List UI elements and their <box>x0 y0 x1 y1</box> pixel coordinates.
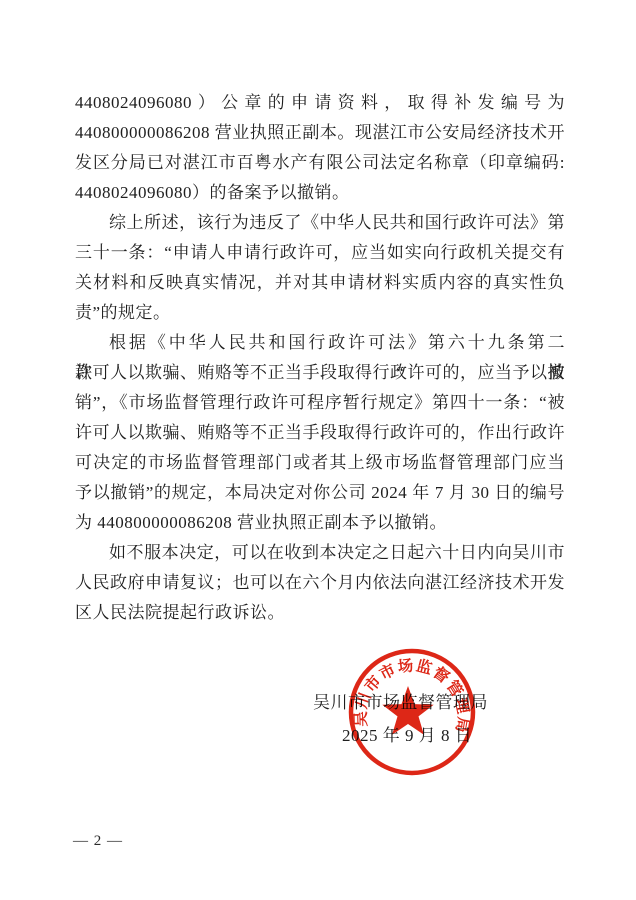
text-line: 为 440800000086208 营业执照正副本予以撤销。 <box>75 508 565 538</box>
text-line: 4408024096080）的备案予以撤销。 <box>75 178 565 208</box>
text-line: 4408024096080）公章的申请资料，取得补发编号为 <box>75 88 565 118</box>
text-line: 发区分局已对湛江市百粤水产有限公司法定名称章（印章编码: <box>75 148 565 178</box>
official-seal: 吴川市市场监督管理局 <box>342 642 482 782</box>
text-line: 责”的规定。 <box>75 298 565 328</box>
text-line: 根据《中华人民共和国行政许可法》第六十九条第二款：“被 <box>75 328 565 358</box>
text-line: 关材料和反映真实情况，并对其申请材料实质内容的真实性负 <box>75 268 565 298</box>
paragraph-revocation-of-seal-record: 4408024096080）公章的申请资料，取得补发编号为 4408000000… <box>75 88 565 208</box>
text-line: 如不服本决定，可以在收到本决定之日起六十日内向吴川市 <box>75 538 565 568</box>
text-line: 予以撤销”的规定，本局决定对你公司 2024 年 7 月 30 日的编号 <box>75 478 565 508</box>
text-line: 许可人以欺骗、贿赂等不正当手段取得行政许可的，作出行政许 <box>75 418 565 448</box>
text-line: 综上所述，该行为违反了《中华人民共和国行政许可法》第 <box>75 208 565 238</box>
text-line: 许可人以欺骗、贿赂等不正当手段取得行政许可的，应当予以撤 <box>75 358 565 388</box>
text-line: 区人民法院提起行政诉讼。 <box>75 598 565 628</box>
document-page: 4408024096080）公章的申请资料，取得补发编号为 4408000000… <box>0 0 636 900</box>
paragraph-legal-basis-decision: 根据《中华人民共和国行政许可法》第六十九条第二款：“被 许可人以欺骗、贿赂等不正… <box>75 328 565 538</box>
paragraph-appeal-rights: 如不服本决定，可以在收到本决定之日起六十日内向吴川市 人民政府申请复议；也可以在… <box>75 538 565 628</box>
seal-star-icon <box>382 686 433 735</box>
document-body: 4408024096080）公章的申请资料，取得补发编号为 4408000000… <box>75 88 565 628</box>
text-line: 人民政府申请复议；也可以在六个月内依法向湛江经济技术开发 <box>75 568 565 598</box>
text-line: 销”，《市场监督管理行政许可程序暂行规定》第四十一条：“被 <box>75 388 565 418</box>
page-number: — 2 — <box>73 831 123 851</box>
text-line: 可决定的市场监督管理部门或者其上级市场监督管理部门应当 <box>75 448 565 478</box>
text-line: 440800000086208 营业执照正副本。现湛江市公安局经济技术开 <box>75 118 565 148</box>
text-line: 三十一条：“申请人申请行政许可，应当如实向行政机关提交有 <box>75 238 565 268</box>
paragraph-violation-summary: 综上所述，该行为违反了《中华人民共和国行政许可法》第 三十一条：“申请人申请行政… <box>75 208 565 328</box>
